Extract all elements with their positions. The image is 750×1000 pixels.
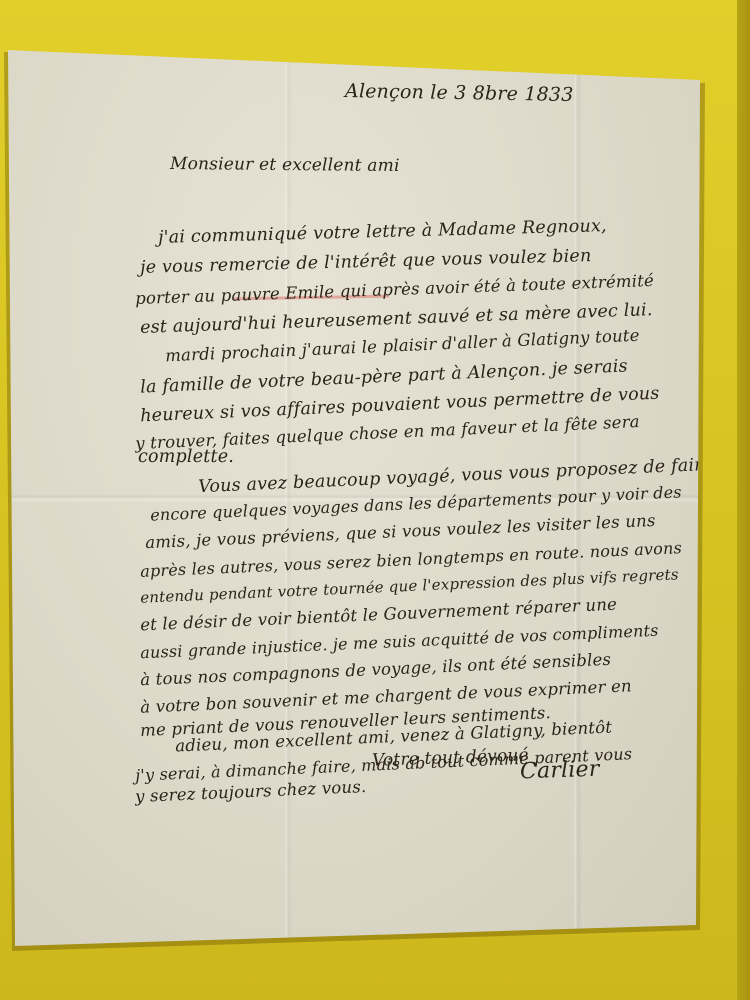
background-edge-strip <box>737 0 750 1000</box>
letter-line: complette. <box>138 447 234 467</box>
letter-line: j'ai communiqué votre lettre à Madame Re… <box>158 216 607 248</box>
letter-salutation: Monsieur et excellent ami <box>170 154 400 176</box>
letter-sheet: Alençon le 3 8bre 1833 Monsieur et excel… <box>0 0 750 1000</box>
letter-signature: Carlier <box>520 757 600 785</box>
letter-line: je vous remercie de l'intérêt que vous v… <box>140 246 592 278</box>
letter-date: Alençon le 3 8bre 1833 <box>345 80 574 106</box>
